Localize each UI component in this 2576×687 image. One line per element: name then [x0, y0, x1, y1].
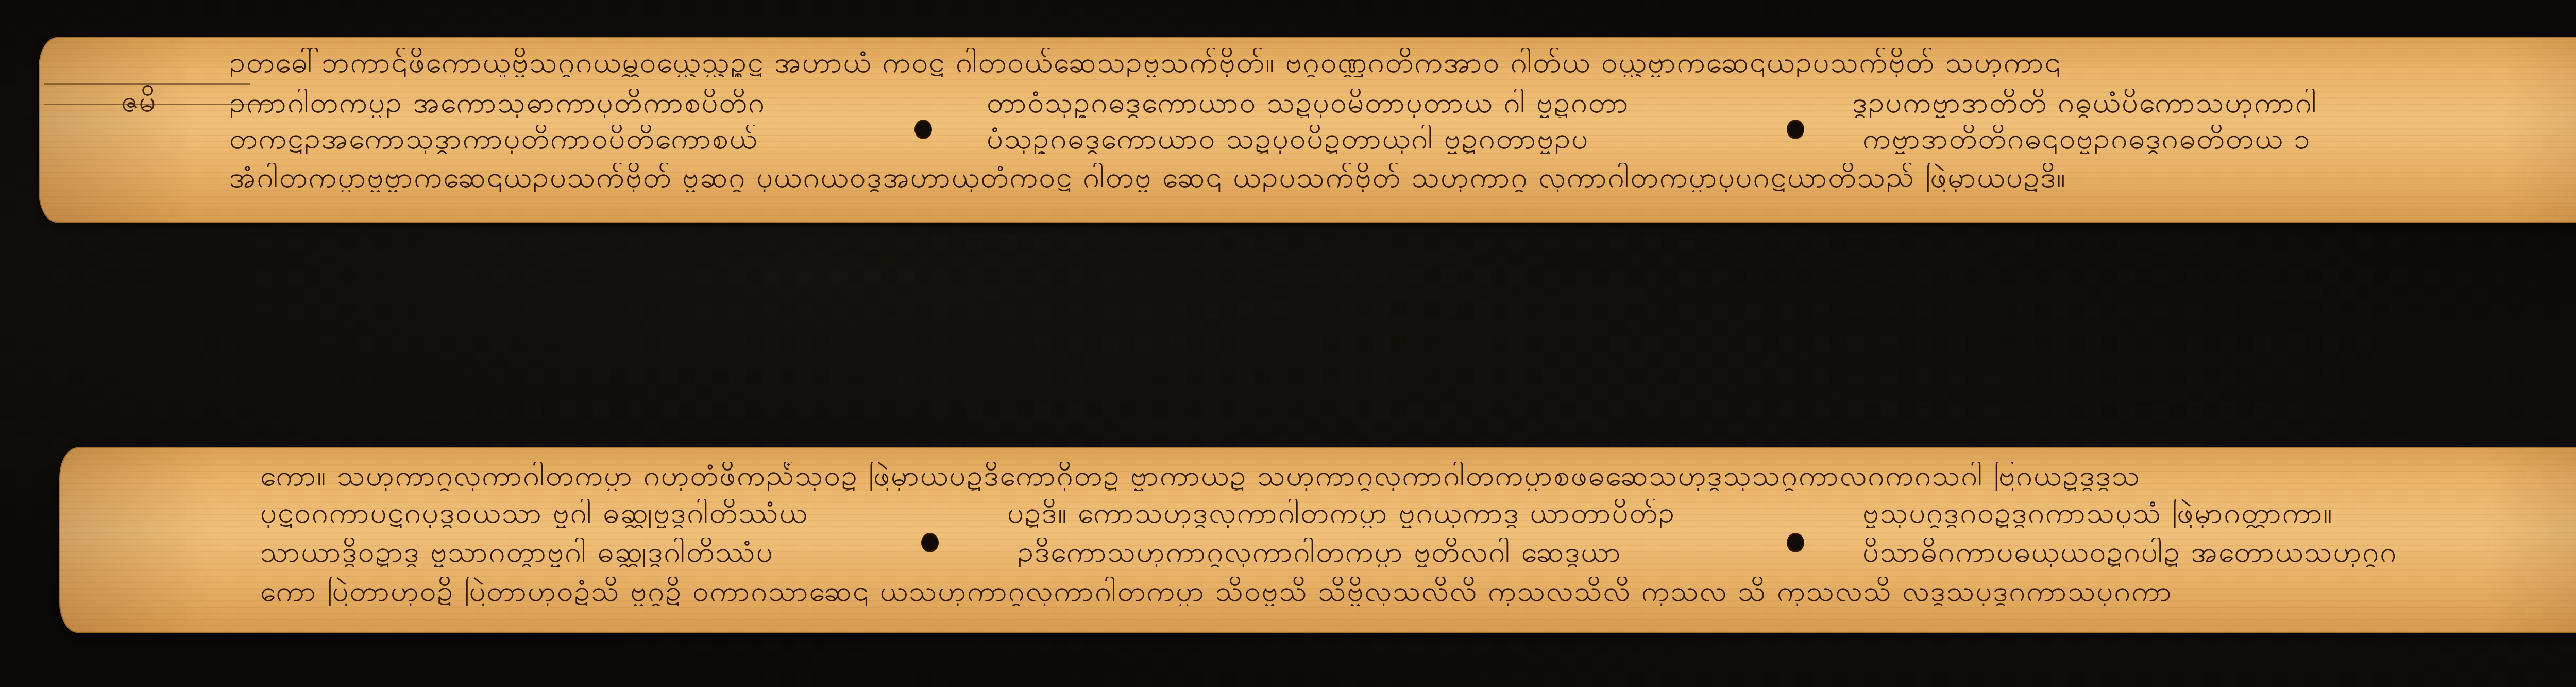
binding-hole-right — [1787, 533, 1804, 552]
manuscript-line-4: အံဂါတကပ္ပာဗ္ဗဗ္ဗာကဆေဌယဥပသက်ဗိုတ် ဗ္ဗဆဂ္ဂ… — [229, 163, 2506, 192]
palm-leaf-top: ဇမိ ဥတဓေါ်ဘကာဌ်ဖိကောယူဗ္ဗိသဂ္ဂဂယမ္ဘဝယ္ယေ… — [39, 37, 2576, 223]
manuscript-line-2-right: ဗ္ဗသုပဂ္ဂဒ္ဒဂဝဍ္ဍဒ္ဒဂကာသပုသံ ဖြဲမှာဂတ္တာ… — [1862, 499, 2512, 528]
folio-number-marker: ဇမိ — [121, 86, 156, 116]
manuscript-line-3-left: သာယာဒ္ဒိဝဍ္ဍာဒ္ဓ ဗ္ဗသာဂတွာဗ္ဗဂါ ဓဆ္ဆုဒ္ဓ… — [260, 538, 894, 567]
manuscript-line-3-middle: ပံသုဥ္ဇဂဓဒ္ဓကောယာဝ သဍ္ဍပုဝပိဍ္ဍတာယုဂါ ဗ္… — [987, 125, 1770, 154]
manuscript-line-3-middle: ဥဒိကောသဟုကာဂ္ဂလုကာဂါတကပ္ပာ ဗ္ဗတိလဂါ ဆေဒ္… — [1018, 538, 1759, 567]
manuscript-line-2-right: ဒ္ဒဉပကဗ္ဗာဒာတိတိ ဂဓ္ဓယံပိကောသဟုကာဂါ — [1852, 89, 2506, 118]
manuscript-line-4: ကော ပြဲတာဟုဝဍ္ဍိ ပြဲတာဟုဝဍ္ဍံသိ ဗ္ဗဂ္ဂဍ္… — [260, 577, 2517, 606]
manuscript-line-3-left: တကဋ္ဌဥအကောသုဒ္ဓာကာပုတိကာဝပိတိကောစယ် — [229, 125, 899, 154]
manuscript-line-2-middle: တာဝံသုဥ္ဇဂဓဒ္ဓကောယာဝ သဍ္ဍပုဝမိတာပုတာယ ဂါ… — [987, 89, 1775, 118]
manuscript-line-3-right: ပိသာဓိဂကာပဓယုယဝဍ္ဍဂပါဍ္ဍ အတောယသဟုဂ္ဂဂ — [1862, 538, 2517, 567]
manuscript-line-2-middle: ပဍ္ဍဒိ။ ကောသဟုဒ္ဓလုကာဂါတကပ္ပာ ဗ္ဗဂယုကာဒ္… — [1007, 499, 1759, 528]
manuscript-line-3-right: ကဗ္ဗာဒာတိတိဂဓဌဝဗ္ဗဥဂဓဒ္ဓဂဓတိတယ ၁ — [1862, 125, 2506, 154]
manuscript-line-1: ဥတဓေါ်ဘကာဌ်ဖိကောယူဗ္ဗိသဂ္ဂဂယမ္ဘဝယ္ယေသ္ယဥ… — [229, 48, 2506, 77]
palm-leaf-bottom: ကော။ သဟုကာဂ္ဂလုကာဂါတကပ္ပာ ဂဟုတံဖိကည်ံသုဝ… — [59, 447, 2576, 633]
manuscript-line-2-left: ပုဋ္ဌဝဂကာပဋ္ဌဂပုဒ္ဒဝယသာ ဗ္ဗဂါ ဓဆ္ဆုဗ္ဗဒ္… — [260, 499, 894, 528]
manuscript-line-2-left: ဥကာဂါတကပ္ပဥ အကောသုဓာကာပုတိကာစပိတိဂ — [229, 89, 914, 118]
binding-hole-right — [1787, 120, 1804, 139]
manuscript-line-1: ကော။ သဟုကာဂ္ဂလုကာဂါတကပ္ပာ ဂဟုတံဖိကည်ံသုဝ… — [260, 462, 2512, 491]
binding-hole-left — [914, 120, 932, 139]
binding-hole-left — [921, 533, 939, 552]
